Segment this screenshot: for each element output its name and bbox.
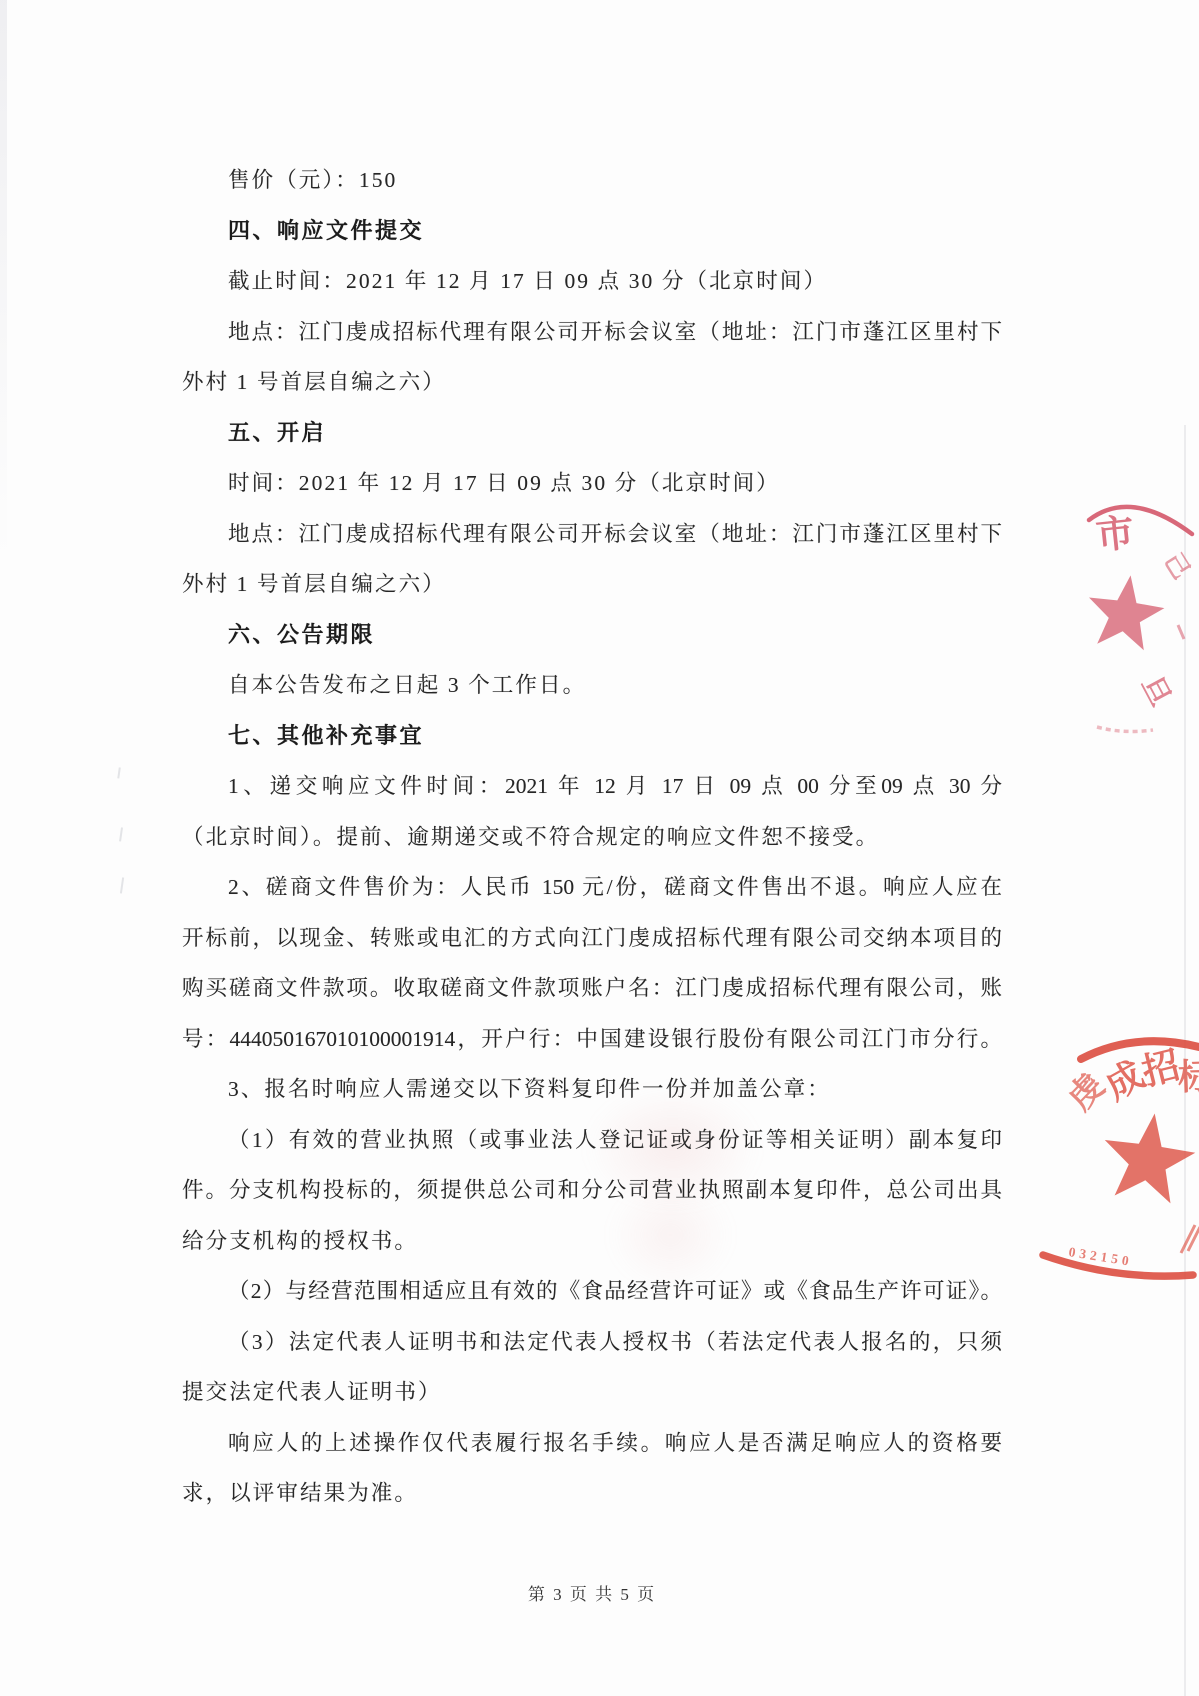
scan-edge-left [0, 0, 7, 560]
official-seal-partial-top: 市 己 旦 [985, 450, 1199, 750]
section-heading: 四、响应文件提交 [182, 206, 1002, 257]
text-line: （1）有效的营业执照（或事业法人登记证或身份证等相关证明）副本复印 [182, 1115, 1002, 1166]
seal-fragment-char: 旦 [1135, 671, 1177, 712]
text-line: （3）法定代表人证明书和法定代表人授权书（若法定代表人报名的，只须 [182, 1317, 1002, 1368]
section-heading: 六、公告期限 [182, 610, 1002, 661]
seal-ink-fleck [1097, 727, 1153, 731]
section-heading: 七、其他补充事宜 [182, 711, 1002, 762]
text-line: 购买磋商文件款项。收取磋商文件款项账户名：江门虔成招标代理有限公司，账 [182, 963, 1002, 1014]
text-line: （北京时间）。提前、逾期递交或不符合规定的响应文件恕不接受。 [182, 812, 1002, 863]
text-line: 截止时间：2021 年 12 月 17 日 09 点 30 分（北京时间） [182, 256, 1002, 307]
text-line: 外村 1 号首层自编之六） [182, 357, 1002, 408]
text-line: 地点：江门虔成招标代理有限公司开标会议室（地址：江门市蓬江区里村下 [182, 509, 1002, 560]
star-icon [1105, 1114, 1196, 1204]
text-line: 售价（元）：150 [182, 155, 1002, 206]
text-line: 求，以评审结果为准。 [182, 1468, 1002, 1519]
text-line: 外村 1 号首层自编之六） [182, 559, 1002, 610]
margin-mark [117, 767, 128, 779]
seal-fragment-char: 己 [1158, 548, 1195, 584]
star-icon [1089, 575, 1164, 650]
seal-ink-fleck [1178, 625, 1184, 639]
seal-ink-fleck [1181, 1225, 1199, 1253]
text-line: 自本公告发布之日起 3 个工作日。 [182, 660, 1002, 711]
text-line: （2）与经营范围相适应且有效的《食品经营许可证》或《食品生产许可证》。 [182, 1266, 1002, 1317]
text-line: 开标前，以现金、转账或电汇的方式向江门虔成招标代理有限公司交纳本项目的 [182, 913, 1002, 964]
text-line: 时间：2021 年 12 月 17 日 09 点 30 分（北京时间） [182, 458, 1002, 509]
text-line: 提交法定代表人证明书） [182, 1367, 1002, 1418]
scanned-document-page: 售价（元）：150四、响应文件提交截止时间：2021 年 12 月 17 日 0… [0, 0, 1199, 1696]
official-seal-partial-bottom: 虔 成 招 标 032150 [985, 1015, 1199, 1305]
text-line: 号：444050167010100001914，开户行：中国建设银行股份有限公司… [182, 1014, 1002, 1065]
seal-arc-char: 标 [1177, 1056, 1199, 1097]
text-line: 响应人的上述操作仅代表履行报名手续。响应人是否满足响应人的资格要 [182, 1418, 1002, 1469]
text-line: 地点：江门虔成招标代理有限公司开标会议室（地址：江门市蓬江区里村下 [182, 307, 1002, 358]
margin-mark [119, 827, 131, 842]
margin-mark [120, 877, 132, 894]
page-number: 第 3 页 共 5 页 [182, 1580, 1002, 1605]
document-body: 售价（元）：150四、响应文件提交截止时间：2021 年 12 月 17 日 0… [182, 155, 1002, 1519]
text-line: 2、磋商文件售价为：人民币 150 元/份，磋商文件售出不退。响应人应在 [182, 862, 1002, 913]
section-heading: 五、开启 [182, 408, 1002, 459]
seal-char: 市 [1094, 512, 1136, 558]
text-line: 3、报名时响应人需递交以下资料复印件一份并加盖公章： [182, 1064, 1002, 1115]
text-line: 1、递交响应文件时间：2021 年 12 月 17 日 09 点 00 分至09… [182, 761, 1002, 812]
text-line: 给分支机构的授权书。 [182, 1216, 1002, 1267]
text-line: 件。分支机构投标的，须提供总公司和分公司营业执照副本复印件，总公司出具 [182, 1165, 1002, 1216]
